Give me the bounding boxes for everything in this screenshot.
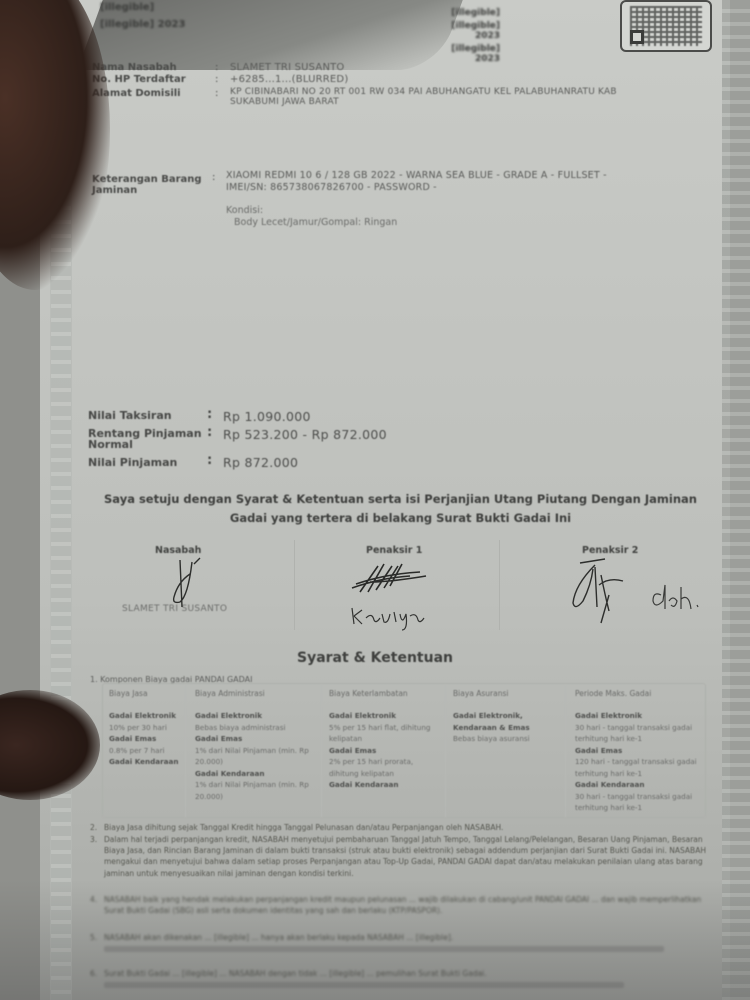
appraiser-1-signature	[350, 560, 440, 600]
fee-cell-text: 2% per 15 hari prorata, dihitung kelipat…	[329, 757, 413, 778]
appraiser-2-signature	[565, 555, 715, 630]
colon: :	[207, 425, 212, 440]
lighting-shadow	[0, 880, 750, 1000]
fee-cell-text: 1% dari Nilai Pinjaman (min. Rp 20.000)	[195, 746, 309, 767]
collateral-label-line1: Keterangan Barang	[92, 174, 202, 185]
terms-title: Syarat & Ketentuan	[0, 650, 750, 666]
appraisal-value: Rp 1.090.000	[223, 409, 311, 424]
appraiser-1-note	[350, 600, 430, 630]
fee-cell-text: 1% dari Nilai Pinjaman (min. Rp 20.000)	[195, 780, 309, 801]
loan-amount-label: Nilai Pinjaman	[88, 457, 177, 468]
header-left-line: [illegible]	[100, 2, 185, 13]
fee-cell-text: Bebas biaya asuransi	[453, 734, 530, 743]
loan-amount-value: Rp 872.000	[223, 455, 298, 470]
fee-cell-title: Gadai Emas	[575, 746, 622, 755]
fee-cell-title: Gadai Kendaraan	[329, 780, 399, 789]
clause-text: Biaya Jasa dihitung sejak Tanggal Kredit…	[104, 822, 708, 833]
header-right-line: [illegible] 2023	[430, 44, 500, 64]
fee-cell-title: Gadai Elektronik	[109, 711, 176, 720]
colon: :	[215, 74, 218, 85]
header-left-line: [illegible] 2023	[100, 19, 185, 30]
fee-header: Biaya Administrasi	[195, 689, 265, 698]
fee-header: Biaya Keterlambatan	[329, 689, 408, 698]
fee-column-max-period: Gadai Elektronik 30 hari - tanggal trans…	[575, 710, 701, 814]
fee-cell-title: Gadai Kendaraan	[575, 780, 645, 789]
fee-header: Biaya Jasa	[109, 689, 148, 698]
collateral-desc-line2: IMEI/SN: 865738067826700 - PASSWORD -	[226, 182, 437, 193]
loan-range-value: Rp 523.200 - Rp 872.000	[223, 427, 387, 442]
fee-cell-text: 5% per 15 hari flat, dihitung kelipatan	[329, 723, 430, 744]
fee-cell-title: Gadai Elektronik	[329, 711, 396, 720]
clause-text: Dalam hal terjadi perpanjangan kredit, N…	[104, 834, 708, 879]
loan-range-label-line2: Normal	[88, 439, 133, 450]
customer-name-value: SLAMET TRI SUSANTO	[230, 62, 345, 73]
condition-label: Kondisi:	[226, 205, 263, 216]
colon: :	[215, 88, 218, 99]
colon: :	[207, 407, 212, 422]
fee-cell-text: 0.8% per 7 hari	[109, 746, 165, 755]
qr-code-icon	[620, 0, 712, 52]
clause-2: 2. Biaya Jasa dihitung sejak Tanggal Kre…	[90, 822, 708, 833]
customer-phone-value: +6285...1...(blurred)	[230, 74, 348, 85]
fee-cell-title: Gadai Kendaraan	[195, 769, 265, 778]
fee-column-admin: Gadai Elektronik Bebas biaya administras…	[195, 710, 317, 802]
header-right: [illegible] [illegible] 2023 [illegible]…	[430, 8, 500, 67]
condition-value: Body Lecet/Jamur/Gompal: Ringan	[234, 217, 397, 228]
header-left: [illegible] [illegible] 2023	[100, 2, 185, 36]
fee-column-late: Gadai Elektronik 5% per 15 hari flat, di…	[329, 710, 441, 791]
customer-signature	[160, 552, 220, 612]
fee-cell-title: Gadai Emas	[329, 746, 376, 755]
collateral-desc-line1: XIAOMI REDMI 10 6 / 128 GB 2022 - WARNA …	[226, 170, 716, 181]
agreement-statement: Saya setuju dengan Syarat & Ketentuan se…	[88, 490, 713, 528]
clause-number: 2.	[90, 822, 97, 833]
colon: :	[215, 62, 218, 73]
header-right-line: [illegible]	[430, 8, 500, 18]
header-right-line: [illegible] 2023	[430, 21, 500, 41]
customer-address-line2: SUKABUMI JAWA BARAT	[230, 97, 339, 107]
fee-cell-title: Gadai Kendaraan	[109, 757, 179, 766]
fee-column-service: Gadai Elektronik 10% per 30 hari Gadai E…	[109, 710, 183, 768]
fee-cell-title: Gadai Emas	[109, 734, 156, 743]
fee-cell-text: 30 hari - tanggal transaksi gadai terhit…	[575, 723, 692, 744]
fee-cell-text: 30 hari - tanggal transaksi gadai terhit…	[575, 792, 692, 813]
fee-cell-title: Gadai Emas	[195, 734, 242, 743]
fee-cell-text: 10% per 30 hari	[109, 723, 167, 732]
signature-role-appraiser-1: Penaksir 1	[366, 545, 422, 556]
fee-column-insurance: Gadai Elektronik, Kendaraan & Emas Bebas…	[453, 710, 561, 745]
fee-header: Biaya Asuransi	[453, 689, 508, 698]
perforated-edge-right	[722, 0, 750, 1000]
clause-number: 3.	[90, 834, 97, 845]
colon: :	[207, 453, 212, 468]
fee-cell-title: Gadai Elektronik, Kendaraan & Emas	[453, 711, 530, 732]
fee-cell-text: 120 hari - tanggal transaksi gadai terhi…	[575, 757, 697, 778]
fee-header: Periode Maks. Gadai	[575, 689, 651, 698]
fee-table: Biaya Jasa Biaya Administrasi Biaya Kete…	[102, 683, 706, 818]
fee-cell-text: Bebas biaya administrasi	[195, 723, 285, 732]
appraisal-label: Nilai Taksiran	[88, 410, 172, 421]
agreement-line2: Gadai yang tertera di belakang Surat Buk…	[88, 509, 713, 528]
fee-cell-title: Gadai Elektronik	[575, 711, 642, 720]
fee-cell-title: Gadai Elektronik	[195, 711, 262, 720]
colon: :	[212, 172, 215, 183]
agreement-line1: Saya setuju dengan Syarat & Ketentuan se…	[88, 490, 713, 509]
customer-address-line1: KP CIBINABARI NO 20 RT 001 RW 034 PAI AB…	[230, 87, 710, 97]
